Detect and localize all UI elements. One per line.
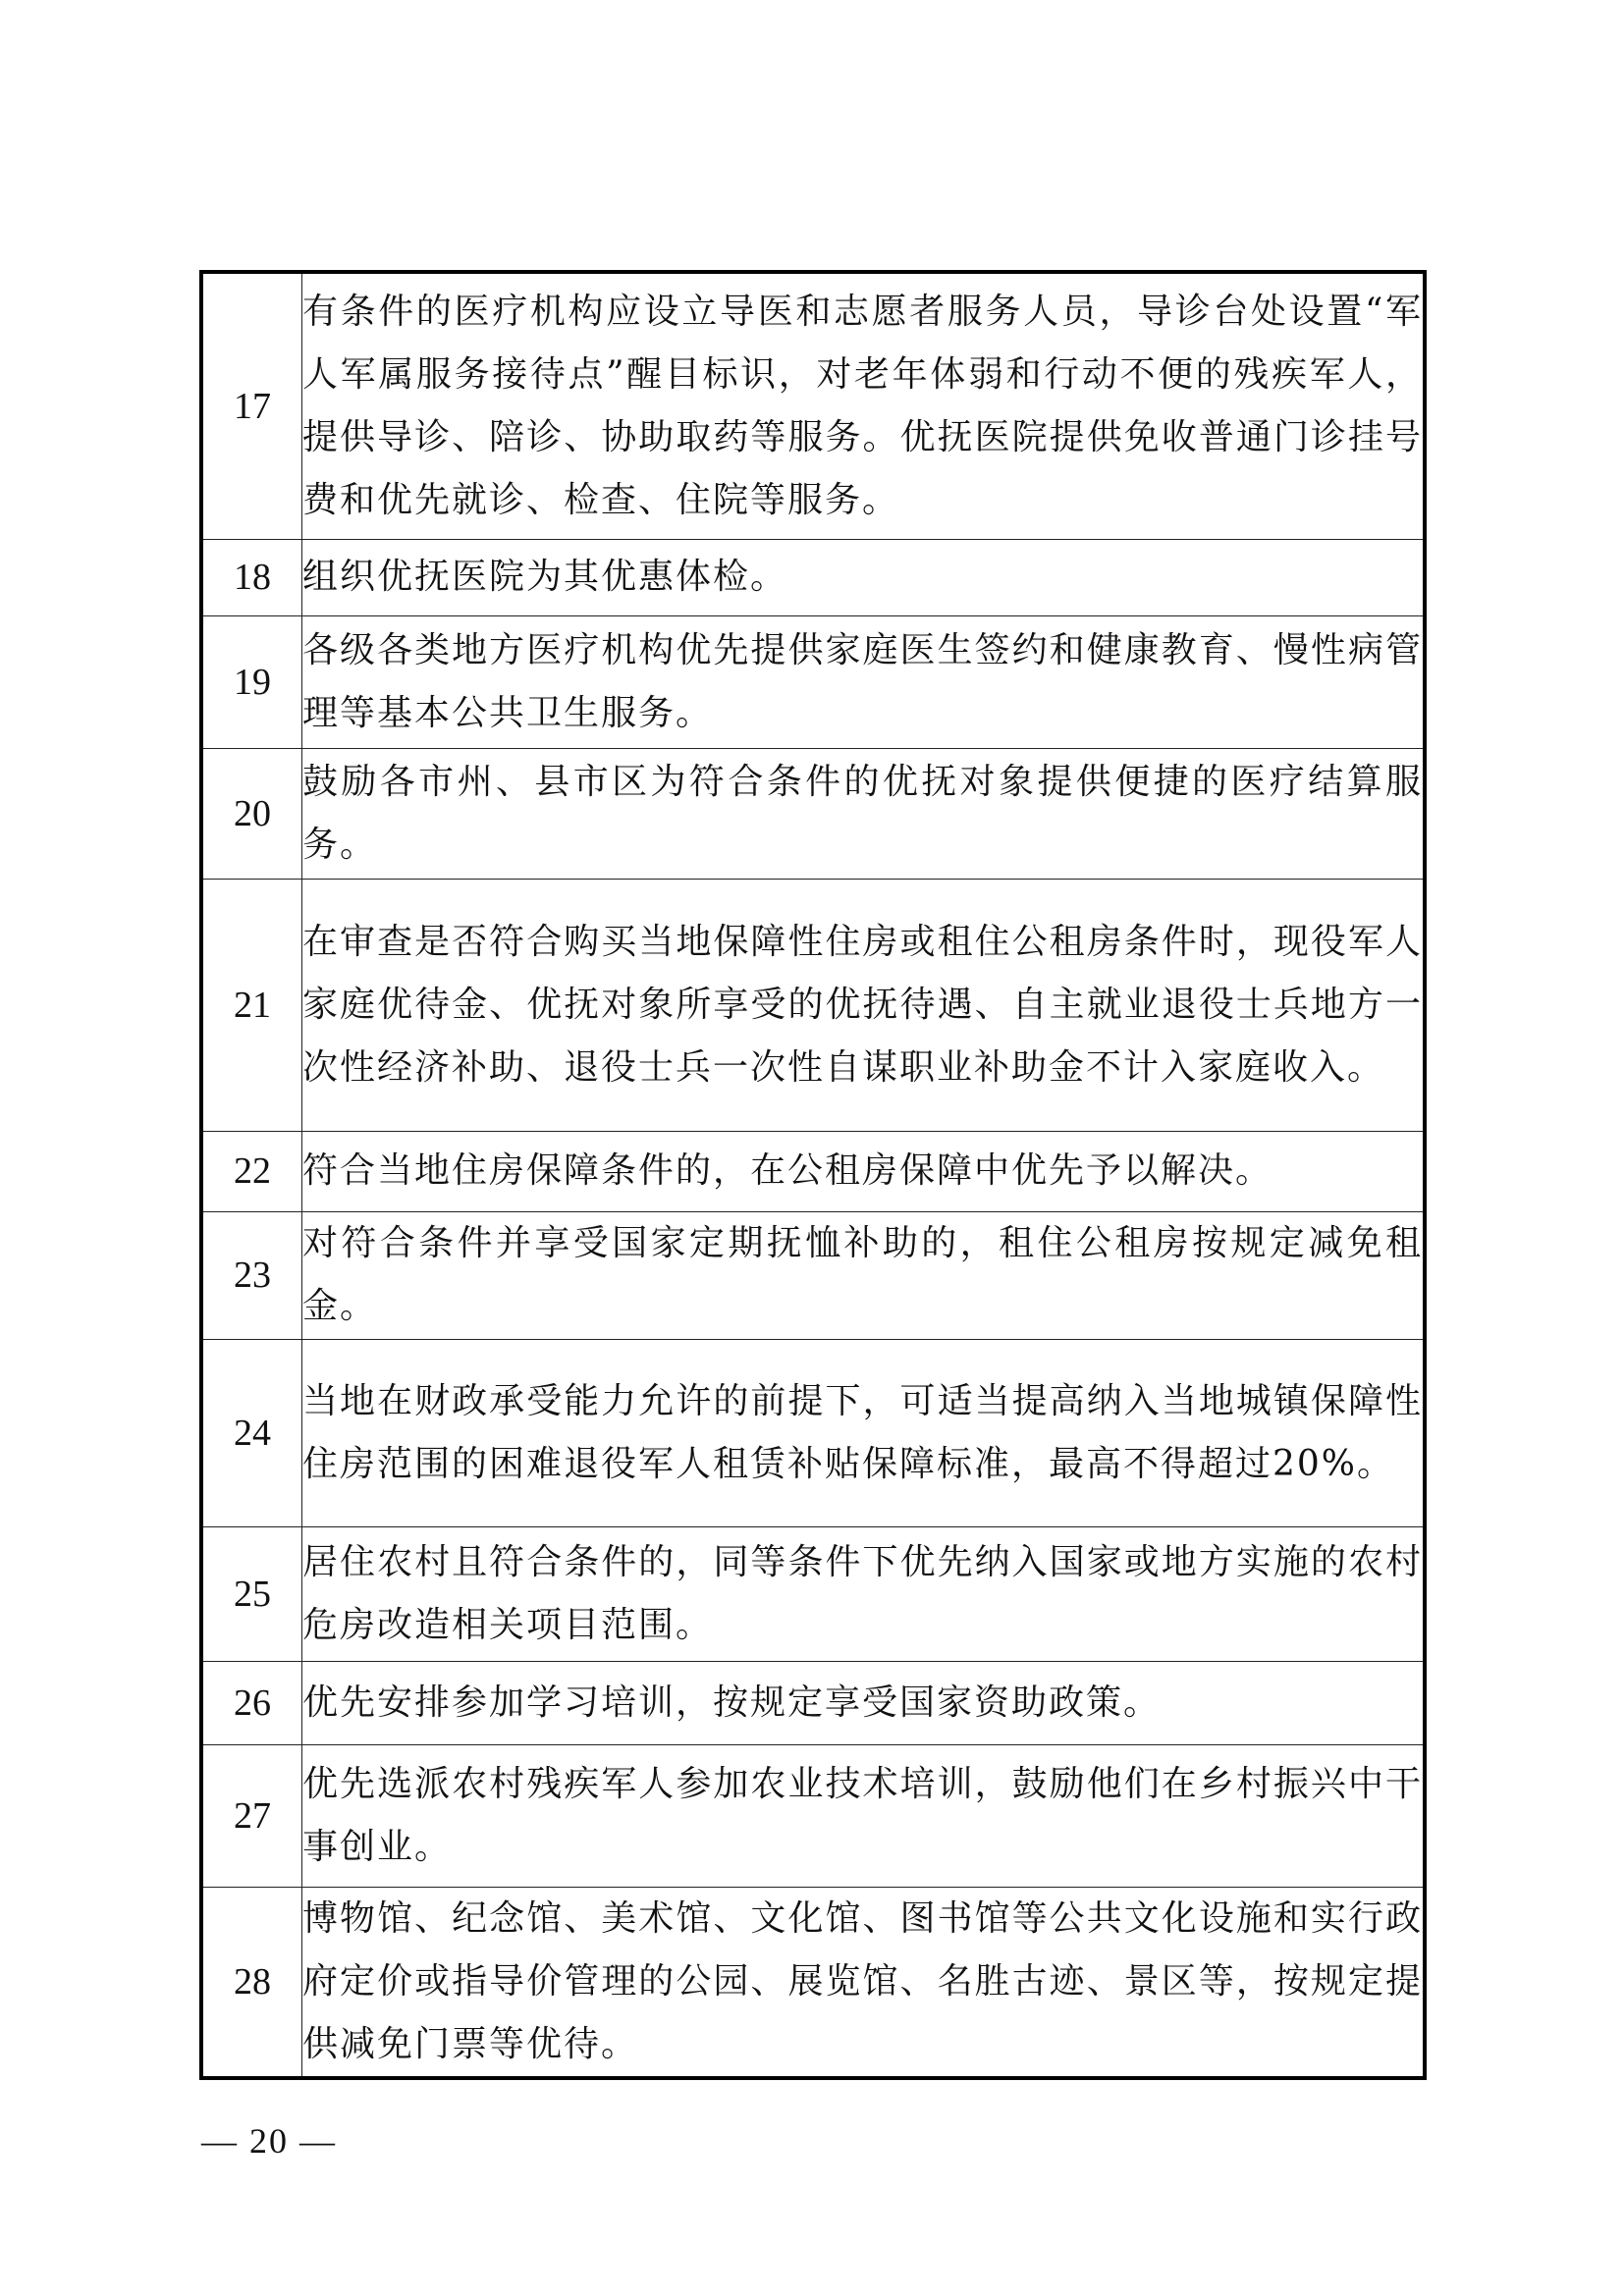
page-number: — 20 — xyxy=(201,2120,337,2162)
table-row: 23 对符合条件并享受国家定期抚恤补助的，租住公租房按规定减免租金。 xyxy=(201,1211,1425,1339)
row-text: 博物馆、纪念馆、美术馆、文化馆、图书馆等公共文化设施和实行政府定价或指导价管理的… xyxy=(302,1887,1426,2078)
table-row: 20 鼓励各市州、县市区为符合条件的优抚对象提供便捷的医疗结算服务。 xyxy=(201,748,1425,879)
row-text: 优先选派农村残疾军人参加农业技术培训，鼓励他们在乡村振兴中干事创业。 xyxy=(302,1744,1426,1887)
table-row: 21 在审查是否符合购买当地保障性住房或租住公租房条件时，现役军人家庭优待金、优… xyxy=(201,879,1425,1131)
row-number: 26 xyxy=(201,1661,302,1744)
benefits-table: 17 有条件的医疗机构应设立导医和志愿者服务人员，导诊台处设置“军人军属服务接待… xyxy=(199,270,1427,2080)
row-text: 当地在财政承受能力允许的前提下，可适当提高纳入当地城镇保障性住房范围的困难退役军… xyxy=(302,1339,1426,1526)
table-row: 24 当地在财政承受能力允许的前提下，可适当提高纳入当地城镇保障性住房范围的困难… xyxy=(201,1339,1425,1526)
row-text: 对符合条件并享受国家定期抚恤补助的，租住公租房按规定减免租金。 xyxy=(302,1211,1426,1339)
table-row: 17 有条件的医疗机构应设立导医和志愿者服务人员，导诊台处设置“军人军属服务接待… xyxy=(201,272,1425,539)
table-row: 22 符合当地住房保障条件的，在公租房保障中优先予以解决。 xyxy=(201,1131,1425,1211)
row-number: 28 xyxy=(201,1887,302,2078)
row-text: 符合当地住房保障条件的，在公租房保障中优先予以解决。 xyxy=(302,1131,1426,1211)
table-row: 25 居住农村且符合条件的，同等条件下优先纳入国家或地方实施的农村危房改造相关项… xyxy=(201,1526,1425,1661)
row-text: 居住农村且符合条件的，同等条件下优先纳入国家或地方实施的农村危房改造相关项目范围… xyxy=(302,1526,1426,1661)
row-number: 18 xyxy=(201,539,302,615)
row-number: 19 xyxy=(201,615,302,748)
row-number: 24 xyxy=(201,1339,302,1526)
row-number: 22 xyxy=(201,1131,302,1211)
table-row: 26 优先安排参加学习培训，按规定享受国家资助政策。 xyxy=(201,1661,1425,1744)
row-text: 鼓励各市州、县市区为符合条件的优抚对象提供便捷的医疗结算服务。 xyxy=(302,748,1426,879)
row-text: 在审查是否符合购买当地保障性住房或租住公租房条件时，现役军人家庭优待金、优抚对象… xyxy=(302,879,1426,1131)
row-number: 27 xyxy=(201,1744,302,1887)
row-text: 优先安排参加学习培训，按规定享受国家资助政策。 xyxy=(302,1661,1426,1744)
row-number: 23 xyxy=(201,1211,302,1339)
row-number: 25 xyxy=(201,1526,302,1661)
document-page: 17 有条件的医疗机构应设立导医和志愿者服务人员，导诊台处设置“军人军属服务接待… xyxy=(0,0,1624,2296)
row-text: 有条件的医疗机构应设立导医和志愿者服务人员，导诊台处设置“军人军属服务接待点”醒… xyxy=(302,272,1426,539)
row-text: 组织优抚医院为其优惠体检。 xyxy=(302,539,1426,615)
table-row: 27 优先选派农村残疾军人参加农业技术培训，鼓励他们在乡村振兴中干事创业。 xyxy=(201,1744,1425,1887)
table-row: 28 博物馆、纪念馆、美术馆、文化馆、图书馆等公共文化设施和实行政府定价或指导价… xyxy=(201,1887,1425,2078)
row-text: 各级各类地方医疗机构优先提供家庭医生签约和健康教育、慢性病管理等基本公共卫生服务… xyxy=(302,615,1426,748)
row-number: 21 xyxy=(201,879,302,1131)
row-number: 20 xyxy=(201,748,302,879)
table-row: 19 各级各类地方医疗机构优先提供家庭医生签约和健康教育、慢性病管理等基本公共卫… xyxy=(201,615,1425,748)
table-row: 18 组织优抚医院为其优惠体检。 xyxy=(201,539,1425,615)
row-number: 17 xyxy=(201,272,302,539)
